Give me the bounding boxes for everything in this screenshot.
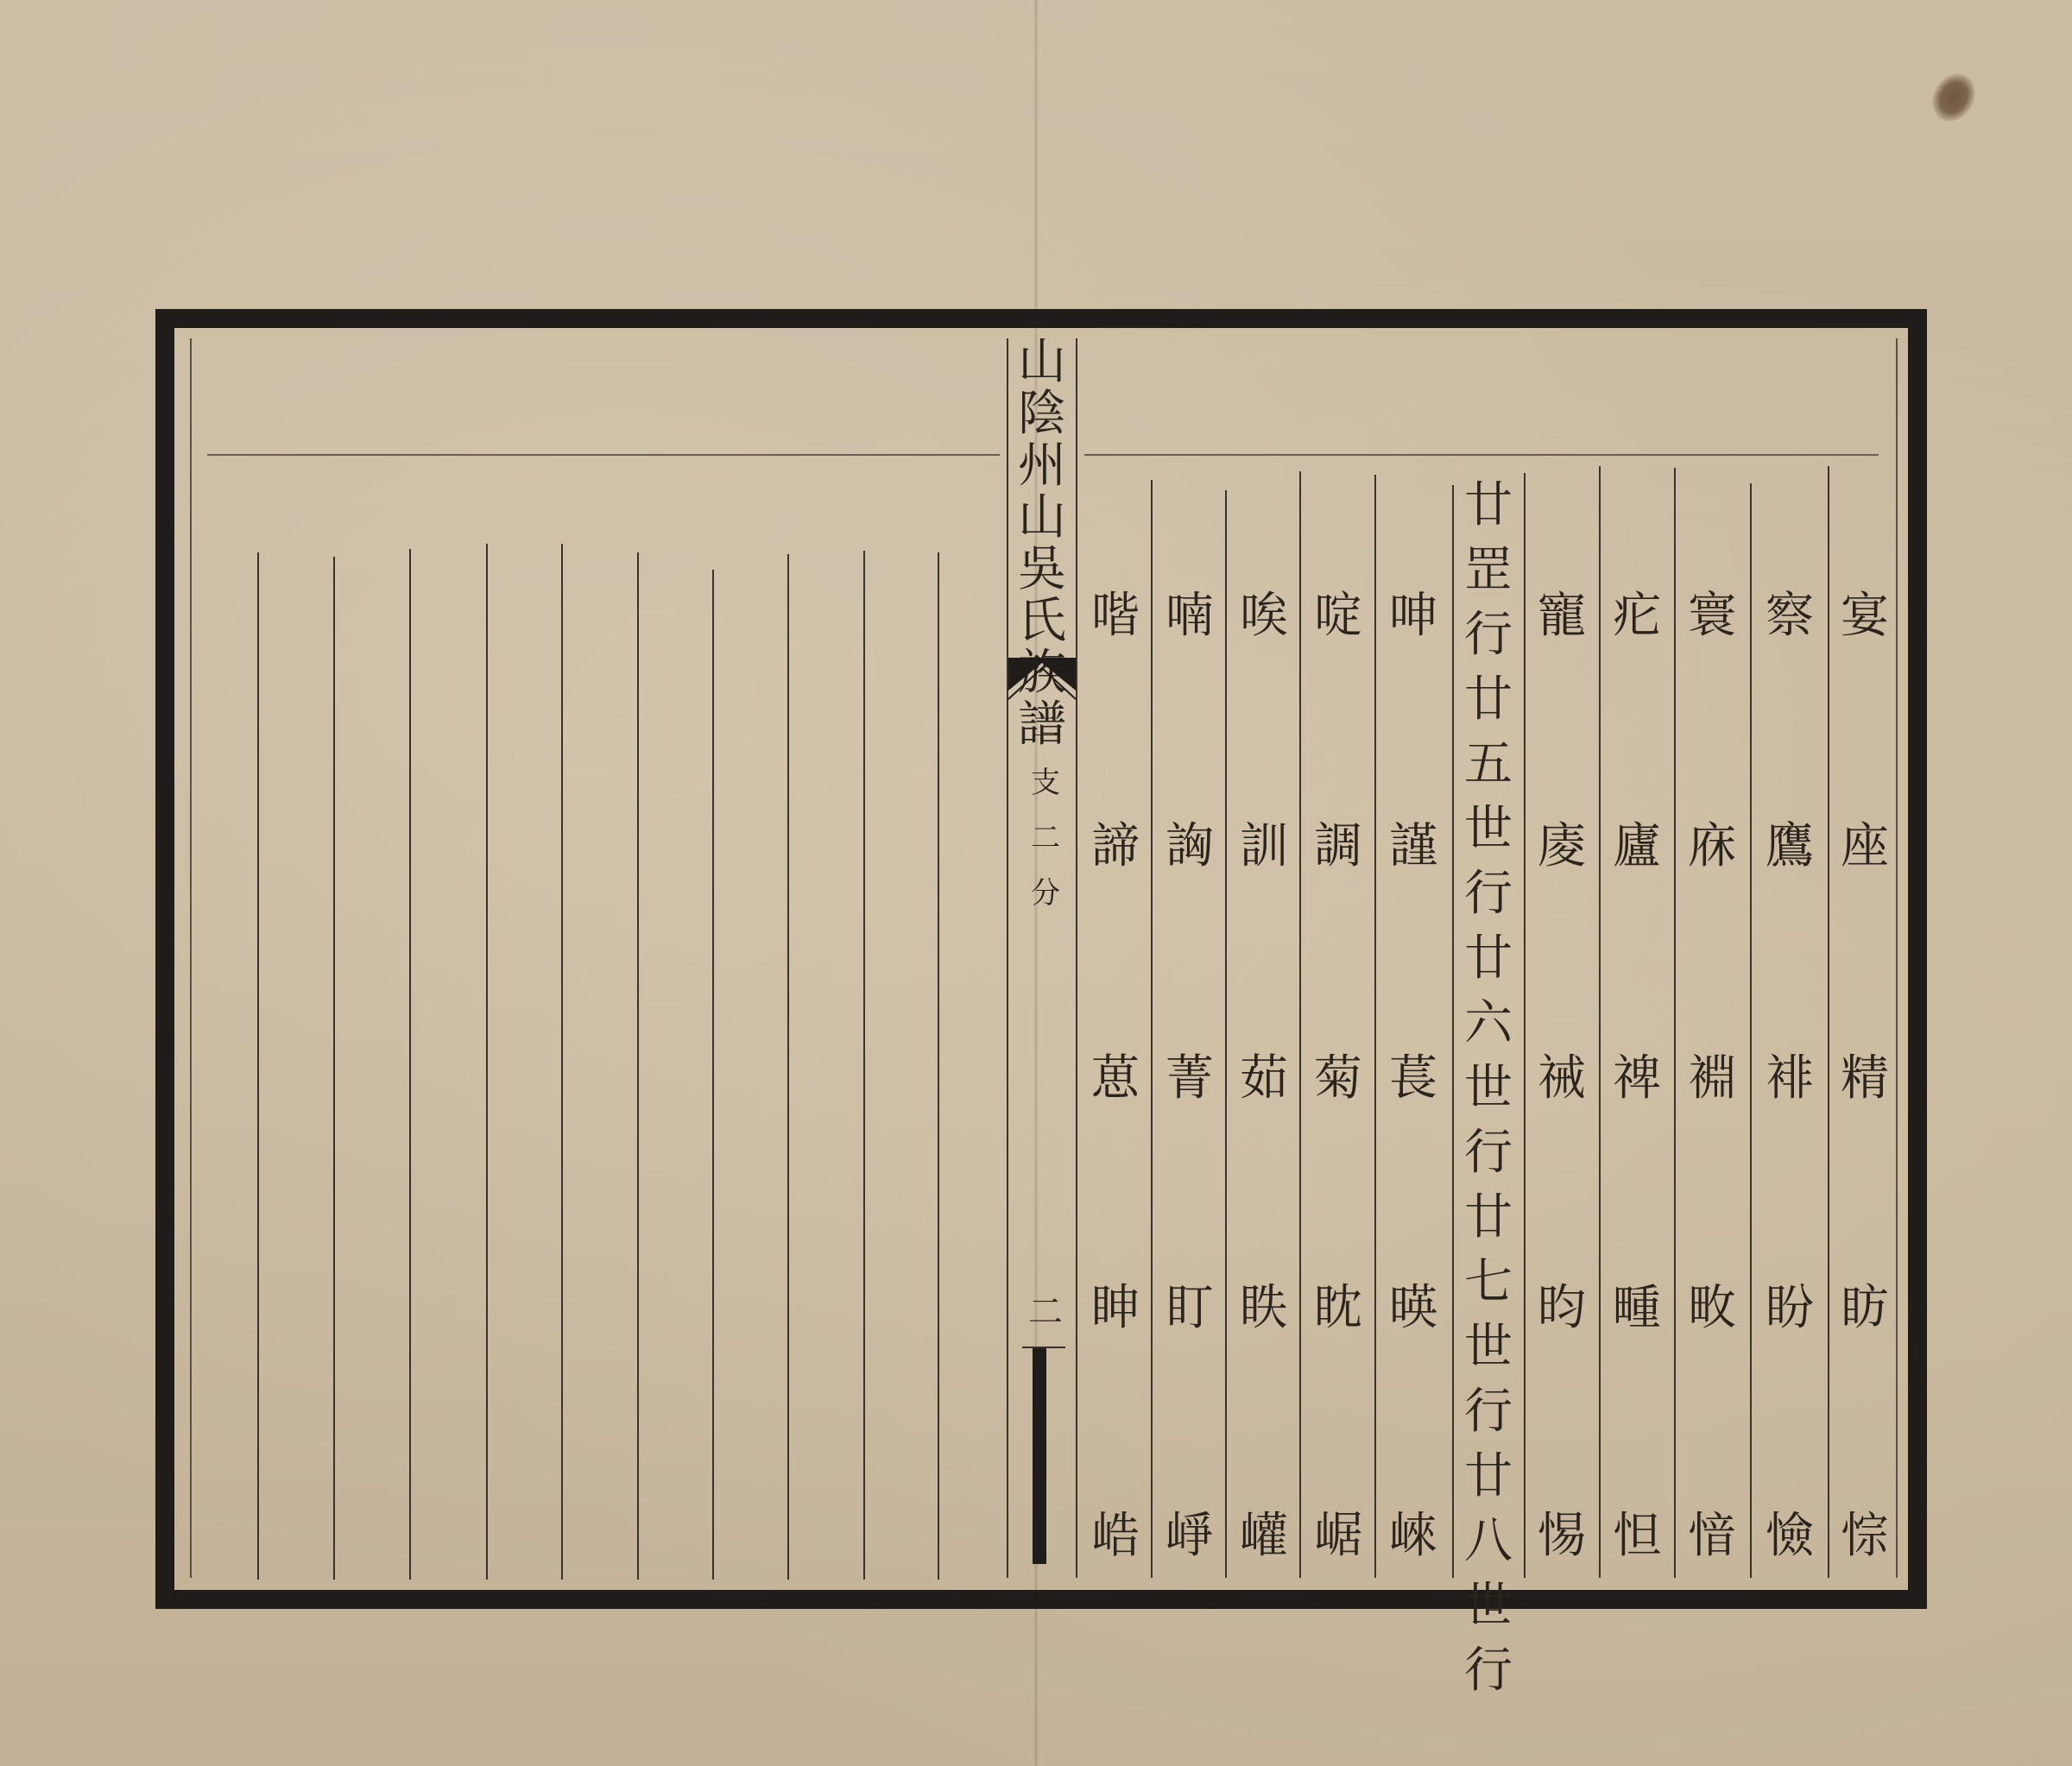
name-char: 宴 <box>1828 592 1902 640</box>
fishtail-mark-icon <box>1007 656 1077 701</box>
title-char: 陰 <box>1018 390 1066 442</box>
title-char: 氏 <box>1018 597 1066 649</box>
column-rule <box>1151 480 1153 1578</box>
section-char: 二 <box>1031 823 1060 879</box>
name-char: 唉 <box>1227 592 1301 640</box>
name-char: 怛 <box>1600 1512 1674 1561</box>
generation-char: 行 <box>1464 602 1513 667</box>
generation-header-column: 廿 罡 行 廿 五 世 行 廿 六 世 行 廿 七 世 行 廿 八 世 行 <box>1453 473 1524 1703</box>
generation-char: 七 <box>1464 1250 1513 1315</box>
generation-char: 六 <box>1464 991 1513 1056</box>
name-char: 眒 <box>1078 1284 1153 1333</box>
name-char: 菁 <box>1153 1055 1227 1103</box>
name-char: 盼 <box>1753 1284 1827 1333</box>
generation-char: 行 <box>1464 1379 1513 1444</box>
name-char: 鷹 <box>1753 823 1827 871</box>
section-char: 分 <box>1031 879 1060 934</box>
left-page-top-rule <box>207 454 1000 456</box>
name-char: 愔 <box>1675 1512 1749 1561</box>
name-char: 座 <box>1828 823 1902 871</box>
name-char: 庥 <box>1675 823 1749 871</box>
section-label: 二 支 二 分 <box>1024 713 1067 934</box>
column-rule <box>1225 490 1227 1578</box>
name-char: 憸 <box>1753 1512 1827 1561</box>
name-char: 疕 <box>1600 592 1674 640</box>
right-page-top-rule <box>1084 454 1879 456</box>
column-rule <box>1750 483 1752 1578</box>
name-char: 惕 <box>1525 1512 1599 1561</box>
center-right-edge <box>1076 338 1077 1578</box>
title-char: 山 <box>1018 338 1066 390</box>
name-char: 呻 <box>1376 592 1450 640</box>
name-char: 寰 <box>1675 592 1749 640</box>
column-rule <box>712 570 714 1580</box>
name-char: 眈 <box>1301 1284 1375 1333</box>
name-char: 眆 <box>1828 1284 1902 1333</box>
name-char: 調 <box>1301 823 1375 871</box>
name-char: 悰 <box>1828 1512 1902 1561</box>
name-char: 寵 <box>1525 592 1599 640</box>
name-char: 茹 <box>1227 1055 1301 1103</box>
generation-char: 行 <box>1464 1638 1513 1703</box>
title-char: 吳 <box>1018 546 1066 597</box>
name-char: 祴 <box>1525 1055 1599 1103</box>
name-char: 裫 <box>1675 1055 1749 1103</box>
name-char: 詾 <box>1153 823 1227 871</box>
name-char: 昀 <box>1525 1284 1599 1333</box>
name-char: 精 <box>1828 1055 1902 1103</box>
generation-char: 八 <box>1464 1509 1513 1574</box>
title-char: 山 <box>1018 494 1066 546</box>
generation-char: 罡 <box>1464 538 1513 602</box>
generation-char: 五 <box>1464 732 1513 797</box>
title-char: 州 <box>1018 442 1066 494</box>
center-left-edge <box>1007 338 1008 1578</box>
inner-right-rule <box>1896 338 1898 1578</box>
name-char: 禆 <box>1600 1055 1674 1103</box>
generation-char: 世 <box>1464 1056 1513 1120</box>
name-char: 崍 <box>1376 1512 1450 1561</box>
name-char: 崢 <box>1153 1512 1227 1561</box>
name-char: 菊 <box>1301 1055 1375 1103</box>
column-rule <box>333 557 335 1580</box>
name-char: 巏 <box>1227 1512 1301 1561</box>
name-char: 萇 <box>1376 1055 1450 1103</box>
generation-char: 世 <box>1464 1574 1513 1638</box>
name-char: 畽 <box>1600 1284 1674 1333</box>
name-char: 庱 <box>1525 823 1599 871</box>
generation-char: 廿 <box>1464 667 1513 732</box>
column-rule <box>257 552 259 1580</box>
name-char: 廬 <box>1600 823 1674 871</box>
page-number-text: 二 <box>1028 1295 1063 1329</box>
name-char: 喈 <box>1078 592 1153 640</box>
name-char: 諦 <box>1078 823 1153 871</box>
generation-char: 廿 <box>1464 473 1513 538</box>
black-mouth-bar <box>1033 1348 1046 1564</box>
column-rule <box>486 544 488 1580</box>
generation-char: 世 <box>1464 1315 1513 1379</box>
page-number: 二 <box>1022 1295 1069 1329</box>
name-char: 察 <box>1753 592 1827 640</box>
column-rule <box>938 552 939 1580</box>
name-char: 崌 <box>1301 1512 1375 1561</box>
column-rule <box>863 551 865 1580</box>
name-char: 謹 <box>1376 823 1450 871</box>
name-char: 峼 <box>1078 1512 1153 1561</box>
name-char: 暎 <box>1376 1284 1450 1333</box>
generation-char: 廿 <box>1464 1185 1513 1250</box>
name-char: 眣 <box>1227 1284 1301 1333</box>
name-char: 畋 <box>1675 1284 1749 1333</box>
name-char: 盯 <box>1153 1284 1227 1333</box>
column-rule <box>409 549 411 1580</box>
generation-char: 廿 <box>1464 1444 1513 1509</box>
name-char: 裶 <box>1753 1055 1827 1103</box>
generation-char: 行 <box>1464 861 1513 926</box>
section-char: 二 <box>1031 713 1060 768</box>
generation-char: 行 <box>1464 1120 1513 1185</box>
column-rule <box>637 552 639 1580</box>
inner-left-rule <box>190 338 192 1578</box>
generation-char: 世 <box>1464 797 1513 861</box>
name-char: 訓 <box>1227 823 1301 871</box>
name-char: 喃 <box>1153 592 1227 640</box>
section-char: 支 <box>1031 768 1060 823</box>
name-char: 葸 <box>1078 1055 1153 1103</box>
name-char: 啶 <box>1301 592 1375 640</box>
column-rule <box>561 544 563 1580</box>
column-rule <box>787 554 789 1580</box>
generation-char: 廿 <box>1464 926 1513 991</box>
